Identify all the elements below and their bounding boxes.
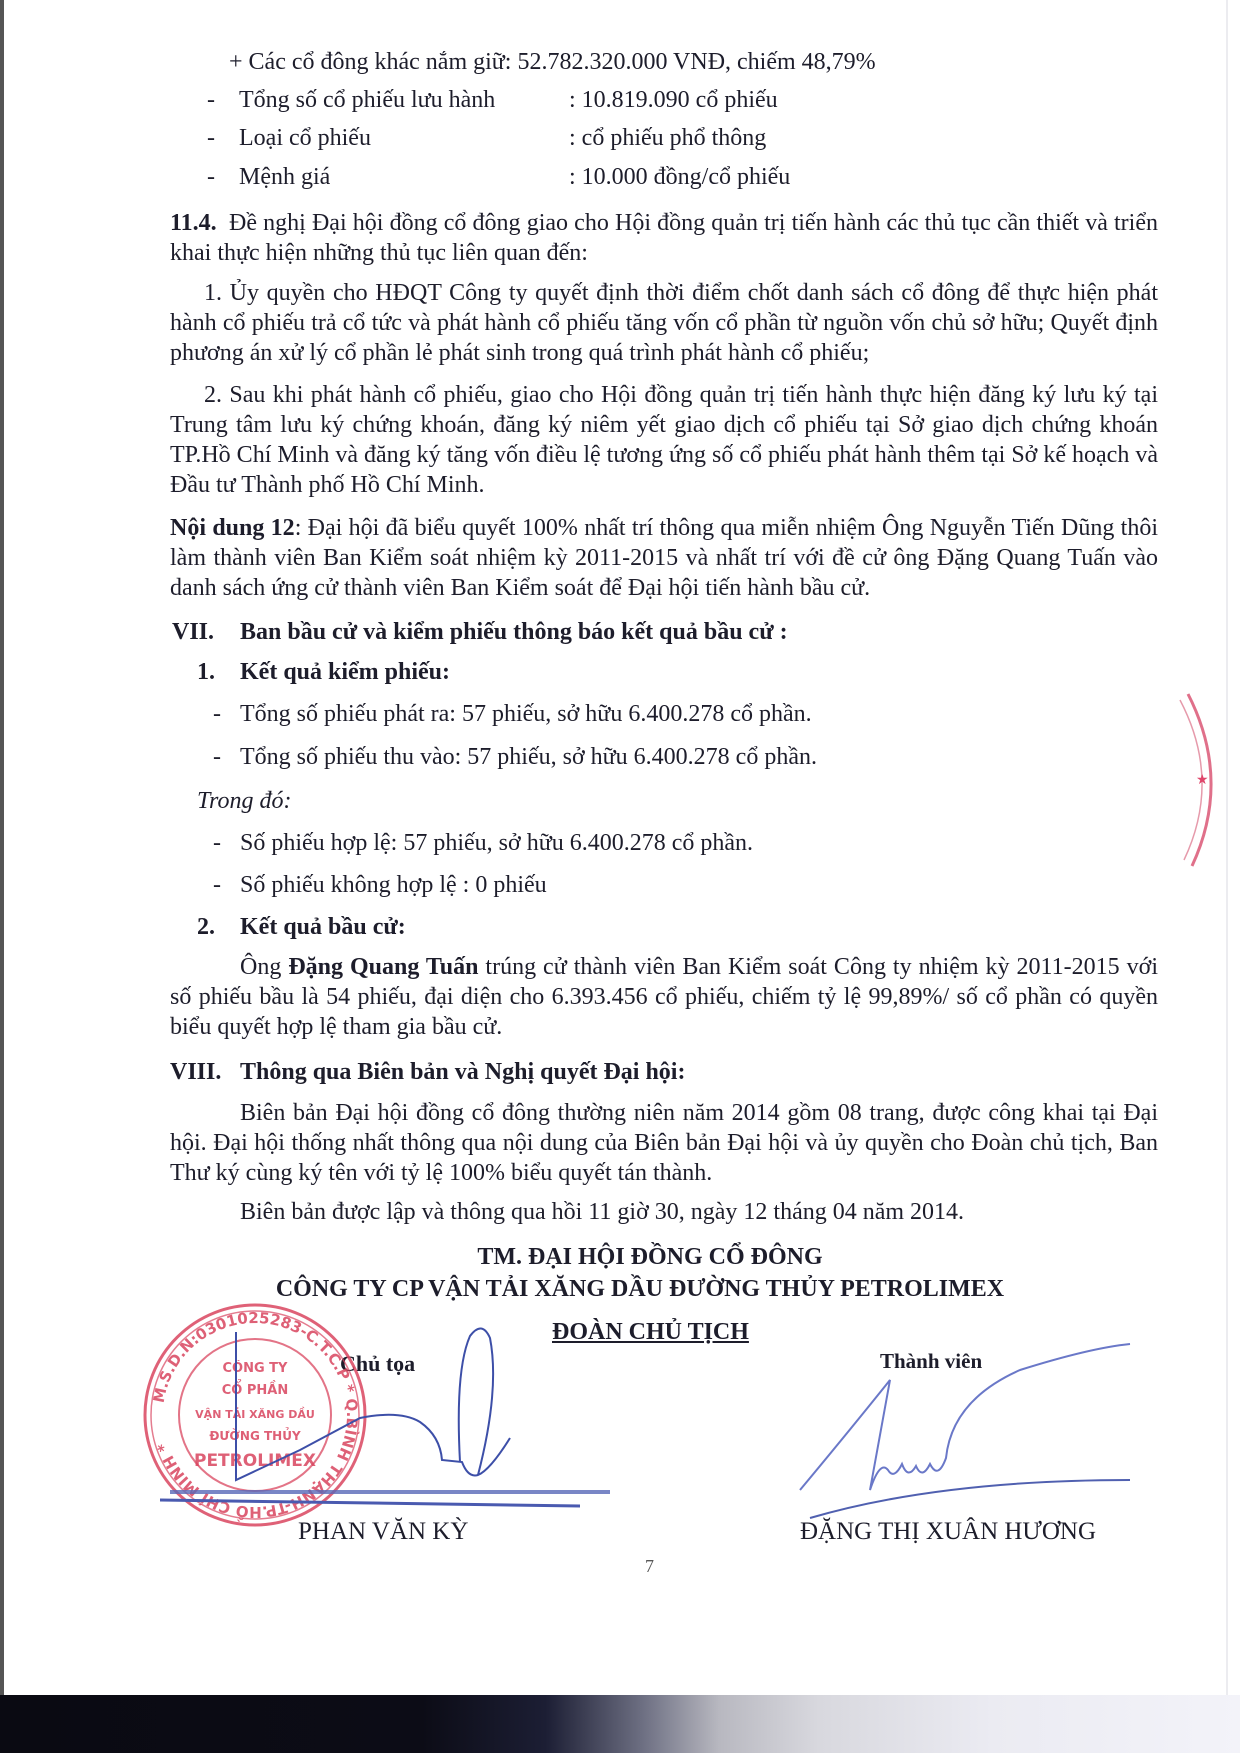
bullet: -: [213, 743, 221, 771]
ballots-collected: Tổng số phiếu thu vào: 57 phiếu, sở hữu …: [240, 743, 817, 771]
scan-bottom-band: [0, 1695, 1240, 1753]
bullet: -: [207, 124, 215, 152]
section-7-title: Ban bầu cử và kiểm phiếu thông báo kết q…: [240, 618, 788, 646]
section-number: 11.4.: [170, 210, 217, 236]
partial-stamp-right: ★: [1170, 690, 1230, 870]
section-11-4-item-1: 1. Ủy quyền cho HĐQT Công ty quyết định …: [170, 278, 1158, 368]
signature-left: [160, 1310, 580, 1510]
ballots-issued: Tổng số phiếu phát ra: 57 phiếu, sở hữu …: [240, 700, 812, 728]
section-text: Đề nghị Đại hội đồng cổ đông giao cho Hộ…: [170, 210, 1158, 266]
election-result: Ông Đặng Quang Tuấn trúng cử thành viên …: [170, 952, 1158, 1042]
signature-line-1: TM. ĐẠI HỘI ĐỒNG CỔ ĐÔNG: [0, 1243, 1240, 1271]
bullet: -: [213, 829, 221, 857]
sub-1-title: Kết quả kiểm phiếu:: [240, 658, 450, 686]
right-signer-name: ĐẶNG THỊ XUÂN HƯƠNG: [800, 1518, 1096, 1546]
row-value-outstanding: : 10.819.090 cổ phiếu: [569, 86, 778, 114]
bullet: -: [213, 871, 221, 899]
row-label-type: Loại cổ phiếu: [239, 124, 371, 152]
sub-1-number: 1.: [197, 658, 215, 686]
content-label: Nội dung 12: [170, 515, 295, 541]
valid-ballots: Số phiếu hợp lệ: 57 phiếu, sở hữu 6.400.…: [240, 829, 753, 857]
signature-line-2: CÔNG TY CP VẬN TẢI XĂNG DẦU ĐƯỜNG THỦY P…: [0, 1275, 1240, 1303]
item-text: 2. Sau khi phát hành cổ phiếu, giao cho …: [170, 382, 1158, 498]
signature-underline-left: [170, 1490, 610, 1494]
row-label-outstanding: Tổng số cổ phiếu lưu hành: [239, 86, 495, 114]
result-prefix: Ông: [240, 954, 288, 980]
closing-line: Biên bản được lập và thông qua hồi 11 gi…: [240, 1198, 964, 1226]
bullet: -: [207, 163, 215, 191]
elected-name: Đặng Quang Tuấn: [288, 954, 478, 980]
document-page: + Các cổ đông khác nắm giữ: 52.782.320.0…: [0, 0, 1240, 1695]
row-value-type: : cổ phiếu phổ thông: [569, 124, 766, 152]
section-8-title: Thông qua Biên bản và Nghị quyết Đại hội…: [240, 1058, 685, 1086]
page-number: 7: [645, 1556, 654, 1577]
invalid-ballots: Số phiếu không hợp lệ : 0 phiếu: [240, 871, 547, 899]
content-text: : Đại hội đã biểu quyết 100% nhất trí th…: [170, 515, 1158, 601]
trong-do-label: Trong đó:: [197, 787, 291, 815]
left-signer-name: PHAN VĂN KỲ: [298, 1518, 468, 1546]
scan-left-edge: [0, 0, 4, 1695]
section-11-4: 11.4. Đề nghị Đại hội đồng cổ đông giao …: [170, 208, 1158, 268]
content-12: Nội dung 12: Đại hội đã biểu quyết 100% …: [170, 513, 1158, 603]
section-11-4-item-2: 2. Sau khi phát hành cổ phiếu, giao cho …: [170, 380, 1158, 500]
sub-2-number: 2.: [197, 913, 215, 941]
section-8-paragraph: Biên bản Đại hội đồng cổ đông thường niê…: [170, 1098, 1158, 1188]
board-title: ĐOÀN CHỦ TỊCH: [552, 1318, 749, 1346]
row-value-par: : 10.000 đồng/cổ phiếu: [569, 163, 790, 191]
other-shareholders-line: + Các cổ đông khác nắm giữ: 52.782.320.0…: [229, 48, 876, 76]
section-7-number: VII.: [172, 618, 214, 646]
signature-right: [790, 1340, 1150, 1520]
bullet: -: [207, 86, 215, 114]
svg-text:★: ★: [1196, 773, 1209, 788]
sub-2-title: Kết quả bầu cử:: [240, 913, 406, 941]
item-text: 1. Ủy quyền cho HĐQT Công ty quyết định …: [170, 280, 1158, 366]
bullet: -: [213, 700, 221, 728]
section-8-number: VIII.: [170, 1058, 221, 1086]
paragraph-text: Biên bản Đại hội đồng cổ đông thường niê…: [170, 1100, 1158, 1186]
row-label-par: Mệnh giá: [239, 163, 330, 191]
